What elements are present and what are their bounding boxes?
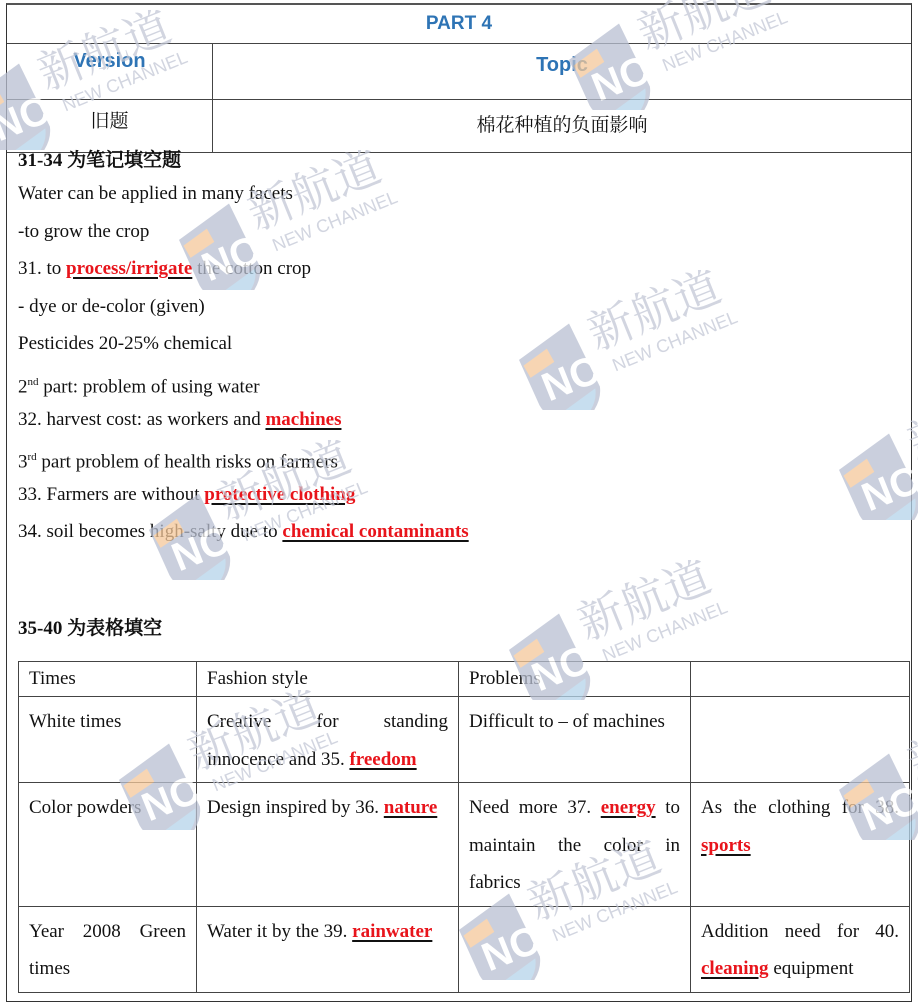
answer-text: rainwater: [352, 921, 432, 942]
note-line: Water can be applied in many facets: [18, 182, 898, 220]
note-text: - dye or de-color (given): [18, 296, 205, 317]
column-header: Problems: [459, 662, 691, 697]
table-row: Color powdersDesign inspired by 36. natu…: [19, 783, 910, 907]
note-text: part problem of health risks on farmers: [37, 451, 338, 472]
cell-text: Need more 37.: [469, 797, 591, 818]
note-line: Pesticides 20-25% chemical: [18, 332, 898, 370]
ordinal-suffix: nd: [28, 376, 39, 388]
cell-problems: Difficult to – of machines: [459, 697, 691, 783]
table-header-row: TimesFashion styleProblems: [19, 662, 910, 697]
answer-text: cleaning: [701, 958, 769, 979]
ordinal-suffix: rd: [28, 451, 37, 463]
column-header: Times: [19, 662, 197, 697]
note-text: Pesticides 20-25% chemical: [18, 333, 232, 354]
note-line: 32. harvest cost: as workers and machine…: [18, 408, 898, 446]
fill-in-table: TimesFashion styleProblems White timesCr…: [18, 661, 910, 993]
ordinal-number: 2: [18, 376, 28, 397]
column-header: [691, 662, 910, 697]
cell-text: Addition need for 40.: [701, 921, 899, 942]
cell-style: Design inspired by 36. nature: [197, 783, 459, 907]
note-line: 33. Farmers are without protective cloth…: [18, 483, 898, 521]
header-table: PART 4 Version Topic 旧题 棉花种植的负面影响: [7, 5, 911, 153]
cell-style: Creative for standing innocence and 35. …: [197, 697, 459, 783]
note-text: 31. to: [18, 258, 66, 279]
column-header: Fashion style: [197, 662, 459, 697]
answer-text: energy: [601, 797, 656, 818]
note-text: the cotton crop: [192, 258, 311, 279]
note-line: -to grow the crop: [18, 220, 898, 258]
note-text: -to grow the crop: [18, 221, 149, 242]
topic-header: Topic: [213, 44, 912, 100]
cell-style: Water it by the 39. rainwater: [197, 906, 459, 992]
cell-problems: [459, 906, 691, 992]
answer-text: nature: [384, 797, 437, 818]
cell-times: Year 2008 Green times: [19, 906, 197, 992]
answer-text: chemical contaminants: [282, 521, 468, 542]
answer-text: protective clothing: [204, 484, 355, 505]
cell-text: Difficult to – of machines: [469, 711, 665, 732]
document-page: PART 4 Version Topic 旧题 棉花种植的负面影响 31-34 …: [6, 3, 912, 1002]
cell-text: As the clothing for 38.: [701, 797, 899, 818]
note-line: 31. to process/irrigate the cotton crop: [18, 257, 898, 295]
answer-text: machines: [265, 409, 341, 430]
note-line: 34. soil becomes high-salty due to chemi…: [18, 520, 898, 558]
cell-problems: Need more 37. energy to maintain the col…: [459, 783, 691, 907]
answer-text: sports: [701, 835, 751, 856]
note-text: part: problem of using water: [39, 376, 260, 397]
notes-section: 31-34 为笔记填空题 Water can be applied in man…: [18, 133, 898, 558]
cell-extra: As the clothing for 38. sports: [691, 783, 910, 907]
cell-times: Color powders: [19, 783, 197, 907]
note-line: - dye or de-color (given): [18, 295, 898, 333]
table-row: White timesCreative for standing innocen…: [19, 697, 910, 783]
cell-extra: Addition need for 40. cleaning equipment: [691, 906, 910, 992]
note-text: Water can be applied in many facets: [18, 183, 293, 204]
cell-text: Design inspired by 36.: [207, 797, 379, 818]
answer-text: process/irrigate: [66, 258, 192, 279]
notes-lines: Water can be applied in many facets-to g…: [18, 182, 898, 558]
note-line: 3rd part problem of health risks on farm…: [18, 445, 898, 483]
table-row: Year 2008 Green timesWater it by the 39.…: [19, 906, 910, 992]
notes-title: 31-34 为笔记填空题: [18, 145, 898, 182]
part-title: PART 4: [7, 5, 911, 44]
ordinal-number: 3: [18, 451, 28, 472]
note-text: 33. Farmers are without: [18, 484, 204, 505]
note-text: 34. soil becomes high-salty due to: [18, 521, 282, 542]
note-line: 2nd part: problem of using water: [18, 370, 898, 408]
table-section-title: 35-40 为表格填空: [18, 613, 162, 640]
cell-text: equipment: [769, 958, 854, 979]
cell-times: White times: [19, 697, 197, 783]
cell-text: Water it by the 39.: [207, 921, 347, 942]
answer-text: freedom: [349, 749, 416, 770]
version-header: Version: [7, 44, 213, 100]
note-text: 32. harvest cost: as workers and: [18, 409, 265, 430]
cell-extra: [691, 697, 910, 783]
